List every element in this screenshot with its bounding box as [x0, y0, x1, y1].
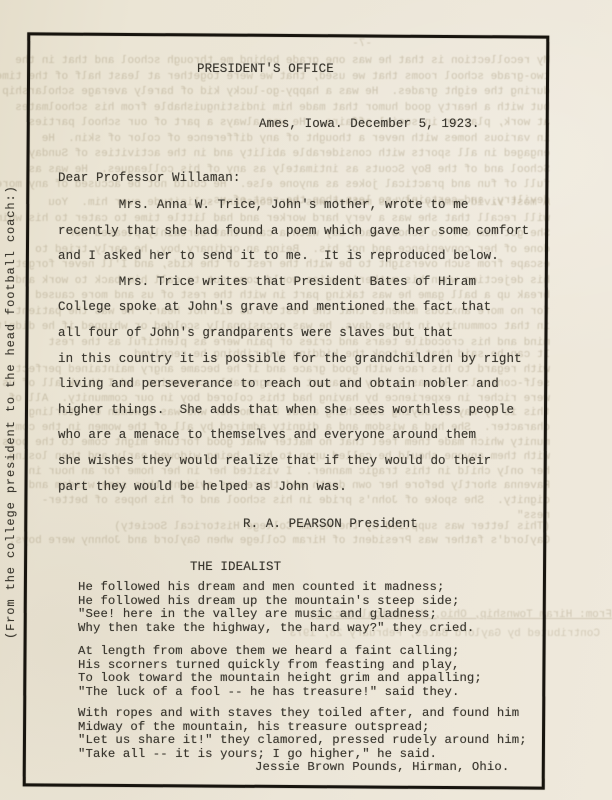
- dateline: Ames, Iowa. December 5, 1923.: [259, 117, 479, 131]
- signature-line: R. A. PEARSON President: [243, 517, 418, 531]
- poem-stanza-3: With ropes and with staves they toiled a…: [78, 707, 527, 761]
- scanned-letter-page: -7- My recollection is that he was one g…: [0, 0, 612, 800]
- poem-stanza-2: At length from above them we heard a fai…: [78, 645, 482, 699]
- letterhead-office-heading: PRESIDENT'S OFFICE: [197, 62, 334, 76]
- poem-attribution: Jessie Brown Pounds, Hirman, Ohio.: [255, 760, 509, 774]
- letter-body: Mrs. Anna W. Trice, John's mother, wrote…: [58, 193, 529, 500]
- poem-title: THE IDEALIST: [190, 560, 281, 574]
- margin-annotation: (From the college president to the head …: [4, 173, 20, 639]
- salutation: Dear Professor Willaman:: [58, 171, 240, 185]
- poem-stanza-1: He followed his dream and men counted it…: [78, 581, 474, 635]
